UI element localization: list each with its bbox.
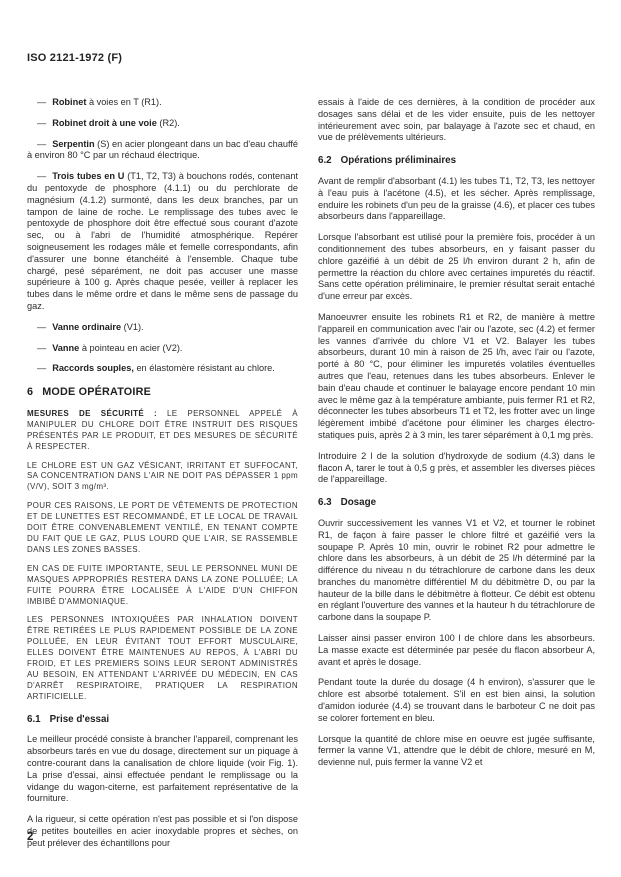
list-item-term: Vanne bbox=[52, 343, 79, 353]
dash-glyph: — bbox=[37, 139, 46, 149]
paragraph-prise-essai-2: A la rigueur, si cette opération n'est p… bbox=[27, 814, 298, 849]
safety-paragraph-4: EN CAS DE FUITE IMPORTANTE, SEUL LE PERS… bbox=[27, 564, 298, 608]
section-title: Prise d'essai bbox=[50, 714, 110, 725]
section-number: 6.2 bbox=[318, 155, 332, 166]
paragraph-preliminaires-4: Introduire 2 l de la solution d'hydroxyd… bbox=[318, 451, 595, 486]
list-item-term: Robinet droit à une voie bbox=[52, 118, 157, 128]
page-number: 2 bbox=[27, 831, 33, 843]
section-title: Dosage bbox=[341, 497, 376, 508]
right-column: essais à l'aide de ces dernières, à la c… bbox=[318, 97, 595, 769]
paragraph-preliminaires-3: Manoeuvrer ensuite les robinets R1 et R2… bbox=[318, 312, 595, 442]
section-heading-6-2: 6.2Opérations préliminaires bbox=[318, 155, 595, 167]
list-item-text: (T1, T2, T3) à bouchons rodés, contenant… bbox=[27, 171, 298, 311]
dash-glyph: — bbox=[37, 363, 46, 373]
list-item-text: à voies en T (R1). bbox=[86, 97, 161, 107]
paragraph-continuation: essais à l'aide de ces dernières, à la c… bbox=[318, 97, 595, 144]
list-item-text: (V1). bbox=[121, 322, 143, 332]
section-number: 6 bbox=[27, 386, 33, 398]
paragraph-prise-essai-1: Le meilleur procédé consiste à brancher … bbox=[27, 734, 298, 805]
dash-glyph: — bbox=[37, 97, 46, 107]
safety-paragraph-1: MESURES DE SÉCURITÉ : LE PERSONNEL APPEL… bbox=[27, 409, 298, 453]
paragraph-dosage-2: Laisser ainsi passer environ 100 l de ch… bbox=[318, 633, 595, 668]
dash-glyph: — bbox=[37, 322, 46, 332]
list-item-text: en élastomère résistant au chlore. bbox=[134, 363, 275, 373]
list-item-trois-tubes: —Trois tubes en U (T1, T2, T3) à bouchon… bbox=[27, 171, 298, 313]
list-item-vanne-pointeau: —Vanne à pointeau en acier (V2). bbox=[27, 343, 298, 355]
paragraph-dosage-4: Lorsque la quantité de chlore mise en oe… bbox=[318, 734, 595, 769]
paragraph-dosage-1: Ouvrir successivement les vannes V1 et V… bbox=[318, 518, 595, 624]
section-number: 6.3 bbox=[318, 497, 332, 508]
section-heading-6: 6MODE OPÉRATOIRE bbox=[27, 387, 298, 399]
paragraph-preliminaires-2: Lorsque l'absorbant est utilisé pour la … bbox=[318, 232, 595, 303]
section-heading-6-1: 6.1Prise d'essai bbox=[27, 714, 298, 726]
section-heading-6-3: 6.3Dosage bbox=[318, 497, 595, 509]
section-number: 6.1 bbox=[27, 714, 41, 725]
list-item-text: à pointeau en acier (V2). bbox=[79, 343, 182, 353]
list-item-serpentin: —Serpentin (S) en acier plongeant dans u… bbox=[27, 139, 298, 163]
section-title: Opérations préliminaires bbox=[341, 155, 456, 166]
dash-glyph: — bbox=[37, 343, 46, 353]
list-item-term: Robinet bbox=[52, 97, 86, 107]
paragraph-preliminaires-1: Avant de remplir d'absorbant (4.1) les t… bbox=[318, 176, 595, 223]
list-item-term: Vanne ordinaire bbox=[52, 322, 121, 332]
list-item-raccords: —Raccords souples, en élastomère résista… bbox=[27, 363, 298, 375]
section-title: MODE OPÉRATOIRE bbox=[42, 386, 151, 398]
safety-paragraph-5: LES PERSONNES INTOXIQUÉES PAR INHALATION… bbox=[27, 615, 298, 702]
paragraph-dosage-3: Pendant toute la durée du dosage (4 h en… bbox=[318, 677, 595, 724]
list-item-vanne-ordinaire: —Vanne ordinaire (V1). bbox=[27, 322, 298, 334]
dash-glyph: — bbox=[37, 118, 46, 128]
list-item-robinet-droit: —Robinet droit à une voie (R2). bbox=[27, 118, 298, 130]
list-item-robinet-t: —Robinet à voies en T (R1). bbox=[27, 97, 298, 109]
list-item-term: Trois tubes en U bbox=[52, 171, 124, 181]
dash-glyph: — bbox=[37, 171, 46, 181]
safety-paragraph-3: POUR CES RAISONS, LE PORT DE VÊTEMENTS D… bbox=[27, 501, 298, 556]
document-reference-header: ISO 2121-1972 (F) bbox=[27, 52, 122, 64]
list-item-term: Raccords souples, bbox=[52, 363, 134, 373]
left-column: —Robinet à voies en T (R1). —Robinet dro… bbox=[27, 97, 298, 850]
list-item-text: (R2). bbox=[157, 118, 180, 128]
document-page: ISO 2121-1972 (F) —Robinet à voies en T … bbox=[0, 0, 621, 877]
list-item-term: Serpentin bbox=[52, 139, 94, 149]
safety-paragraph-2: LE CHLORE EST UN GAZ VÉSICANT, IRRITANT … bbox=[27, 461, 298, 494]
safety-lead-label: MESURES DE SÉCURITÉ : bbox=[27, 409, 157, 418]
